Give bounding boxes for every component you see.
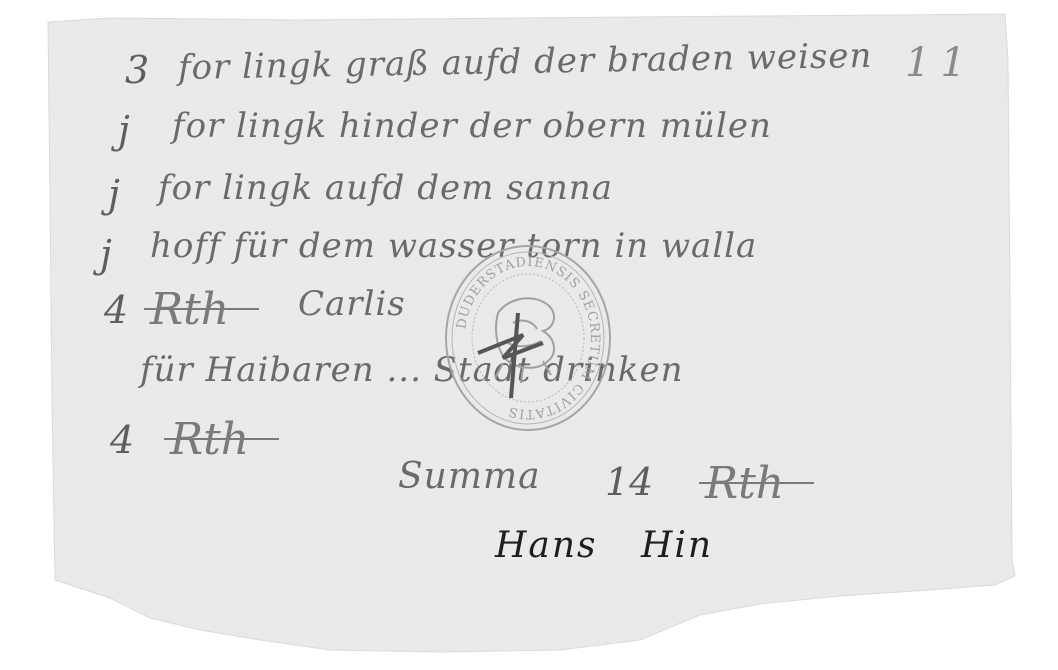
total-value: 14 [605,460,653,504]
entry-count: j [108,172,120,216]
entry-count: j [118,108,130,152]
entry-count: 4 [110,418,134,462]
svg-text:DUDERSTADIENSIS SECRETUM CIVIT: DUDERSTADIENSIS SECRETUM CIVITATIS [454,255,602,421]
city-seal-stamp: DUDERSTADIENSIS SECRETUM CIVITATIS [443,243,613,433]
total-unit: Rth [705,458,784,509]
total-label: Summa [398,456,541,497]
signature: Hans Hin [495,525,713,566]
entry-text: for lingk aufd dem sanna [158,168,613,208]
currency-rth: Rth [170,414,249,465]
entry-count: 3 [125,48,149,92]
seal-inscription: DUDERSTADIENSIS SECRETUM CIVITATIS [454,255,602,421]
page-number: 11 [905,40,976,86]
scanned-document: 11 3 for lingk graß aufd der braden weis… [0,0,1058,670]
entry-count: 4 [104,288,128,332]
entry-count: j [100,232,112,276]
entry-text: Carlis [298,284,406,324]
currency-rth: Rth [150,284,229,335]
entry-text: for lingk hinder der obern mülen [172,106,772,146]
ink-scribble-over-seal [478,313,543,398]
